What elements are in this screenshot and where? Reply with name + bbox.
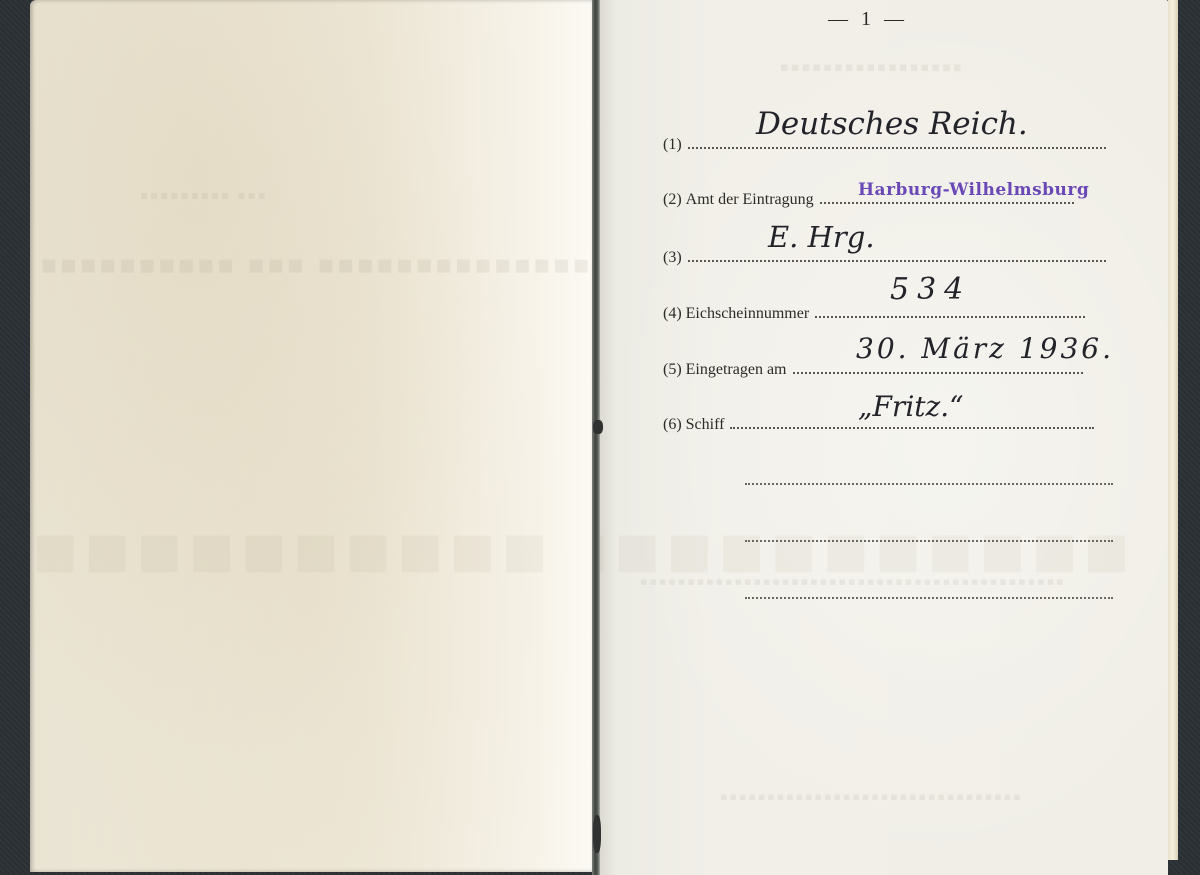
- field-number: (5): [663, 361, 682, 380]
- page-number: — 1 —: [828, 8, 908, 31]
- show-through-text: ▪▪▪▪▪▪▪▪▪ ▪▪▪: [140, 188, 268, 202]
- left-page: ▪▪▪▪▪▪▪▪▪ ▪▪▪ ▪▪▪▪▪▪▪▪▪▪ ▪▪▪ ▪▪▪▪▪▪▪▪▪▪▪…: [30, 0, 592, 872]
- field-4-value: 534: [890, 272, 971, 307]
- field-5-value: 30. März 1936.: [856, 332, 1114, 365]
- field-6-value: „Fritz.“: [858, 390, 964, 423]
- field-label-eichscheinnummer: Eichscheinnummer: [686, 305, 810, 324]
- field-label-amt-der-eintragung: Amt der Eintragung: [686, 191, 814, 210]
- field-number: (2): [663, 191, 682, 210]
- field-4: (4) Eichscheinnummer: [663, 294, 1085, 324]
- field-1-value: Deutsches Reich.: [756, 106, 1028, 142]
- show-through-title: ▪▪▪▪▪▪▪▪▪▪ ▪▪▪ ▪▪▪▪▪▪▪▪▪▪▪▪▪▪▪: [40, 250, 592, 280]
- page-edge: [1168, 0, 1178, 860]
- book-spine: [592, 0, 600, 875]
- show-through-text: ▪▪▪▪▪▪▪▪▪▪▪▪▪▪▪▪▪▪▪▪▪▪▪▪▪▪▪▪▪▪▪▪: [720, 790, 1023, 803]
- show-through-text: ▪▪▪▪▪▪▪▪▪▪▪▪▪▪▪▪▪▪▪▪▪▪▪▪▪▪▪▪▪▪▪▪▪▪▪▪▪▪▪▪…: [640, 575, 1065, 588]
- binding-thread: [593, 815, 601, 853]
- blank-dotted-line: [745, 597, 1113, 599]
- office-stamp: Harburg-Wilhelmsburg: [858, 180, 1089, 200]
- dotted-line: [730, 427, 1094, 429]
- field-label-schiff: Schiff: [686, 416, 725, 435]
- field-number: (4): [663, 305, 682, 324]
- binding-thread: [593, 420, 603, 434]
- field-3: (3): [663, 238, 1106, 268]
- blank-dotted-line: [745, 483, 1113, 485]
- dotted-line: [688, 147, 1106, 149]
- field-number: (6): [663, 416, 682, 435]
- dotted-line: [815, 316, 1085, 318]
- dotted-line: [688, 260, 1106, 262]
- field-label-eingetragen-am: Eingetragen am: [686, 361, 787, 380]
- show-through-text: ▪▪▪▪▪▪▪▪▪▪▪▪▪▪▪▪▪: [780, 60, 964, 75]
- field-number: (3): [663, 249, 682, 268]
- dotted-line: [793, 372, 1083, 374]
- dotted-line: [820, 202, 1074, 204]
- blank-dotted-line: [745, 540, 1113, 542]
- field-3-value: E. Hrg.: [768, 220, 875, 254]
- show-through-large-title: ▪▪▪▪▪▪▪▪▪▪: [30, 505, 552, 591]
- field-number: (1): [663, 136, 682, 155]
